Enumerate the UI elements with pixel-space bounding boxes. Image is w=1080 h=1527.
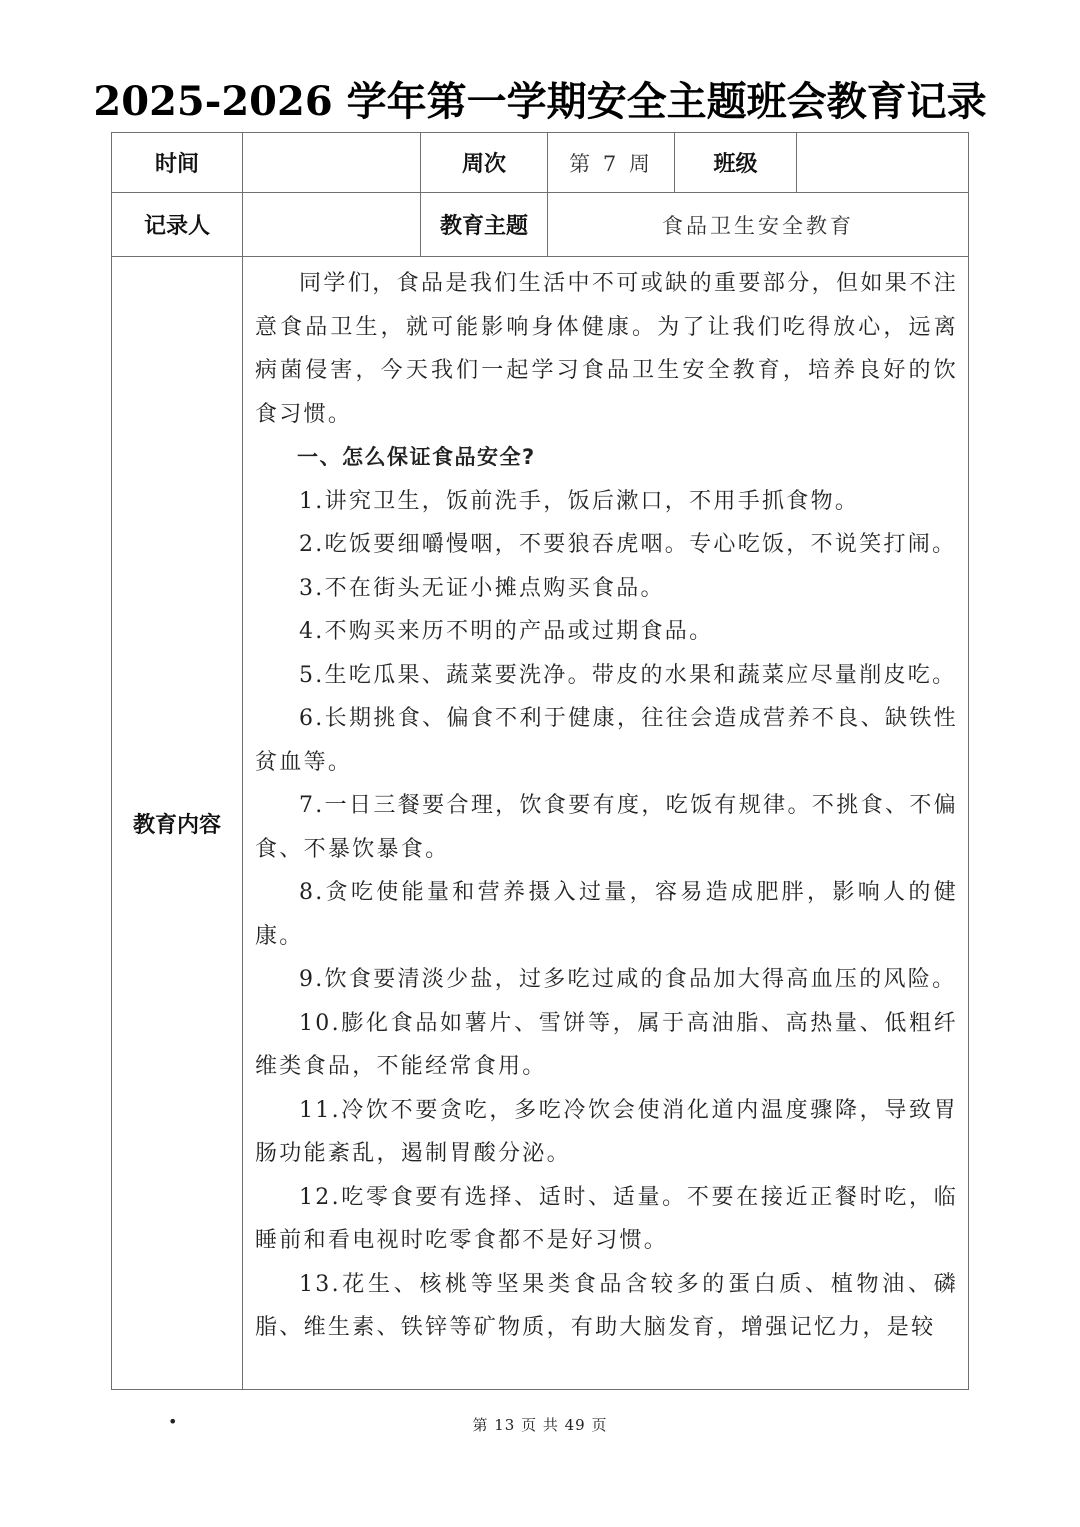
table-row-time: 时间 周次 第 7 周 班级 [112, 133, 969, 193]
table-row-recorder: 记录人 教育主题 食品卫生安全教育 [112, 193, 969, 257]
content-body: 同学们，食品是我们生活中不可或缺的重要部分，但如果不注意食品卫生，就可能影响身体… [243, 257, 969, 1390]
class-label: 班级 [675, 133, 797, 193]
list-item: 9.饮食要清淡少盐，过多吃过咸的食品加大得高血压的风险。 [255, 958, 958, 1002]
theme-value: 食品卫生安全教育 [548, 193, 969, 257]
list-item: 1.讲究卫生，饭前洗手，饭后漱口，不用手抓食物。 [255, 480, 958, 524]
time-label: 时间 [112, 133, 243, 193]
list-item: 6.长期挑食、偏食不利于健康，往往会造成营养不良、缺铁性贫血等。 [255, 697, 958, 784]
time-value [243, 133, 421, 193]
list-item: 2.吃饭要细嚼慢咽，不要狼吞虎咽。专心吃饭，不说笑打闹。 [255, 523, 958, 567]
list-item: 7.一日三餐要合理，饮食要有度，吃饭有规律。不挑食、不偏食、不暴饮暴食。 [255, 784, 958, 871]
theme-label: 教育主题 [421, 193, 548, 257]
list-item: 4.不购买来历不明的产品或过期食品。 [255, 610, 958, 654]
list-item: 13.花生、核桃等坚果类食品含较多的蛋白质、植物油、磷脂、维生素、铁锌等矿物质，… [255, 1263, 958, 1350]
section-heading: 一、怎么保证食品安全? [255, 436, 958, 480]
document-title: 2025-2026 学年第一学期安全主题班会教育记录 [0, 74, 1080, 130]
content-label: 教育内容 [112, 257, 243, 1390]
week-label: 周次 [421, 133, 548, 193]
table-row-content: 教育内容 同学们，食品是我们生活中不可或缺的重要部分，但如果不注意食品卫生，就可… [112, 257, 969, 1390]
list-item: 8.贪吃使能量和营养摄入过量，容易造成肥胖，影响人的健康。 [255, 871, 958, 958]
list-item: 3.不在街头无证小摊点购买食品。 [255, 567, 958, 611]
page-number: 第 13 页 共 49 页 [0, 1414, 1080, 1435]
intro-paragraph: 同学们，食品是我们生活中不可或缺的重要部分，但如果不注意食品卫生，就可能影响身体… [255, 262, 958, 436]
recorder-value [243, 193, 421, 257]
list-item: 10.膨化食品如薯片、雪饼等，属于高油脂、高热量、低粗纤维类食品，不能经常食用。 [255, 1002, 958, 1089]
recorder-label: 记录人 [112, 193, 243, 257]
list-item: 12.吃零食要有选择、适时、适量。不要在接近正餐时吃，临睡前和看电视时吃零食都不… [255, 1176, 958, 1263]
list-item: 5.生吃瓜果、蔬菜要洗净。带皮的水果和蔬菜应尽量削皮吃。 [255, 654, 958, 698]
record-table: 时间 周次 第 7 周 班级 记录人 教育主题 食品卫生安全教育 教育内容 同学… [111, 132, 969, 1390]
class-value [797, 133, 969, 193]
list-item: 11.冷饮不要贪吃，多吃冷饮会使消化道内温度骤降，导致胃肠功能紊乱，遏制胃酸分泌… [255, 1089, 958, 1176]
week-value: 第 7 周 [548, 133, 675, 193]
